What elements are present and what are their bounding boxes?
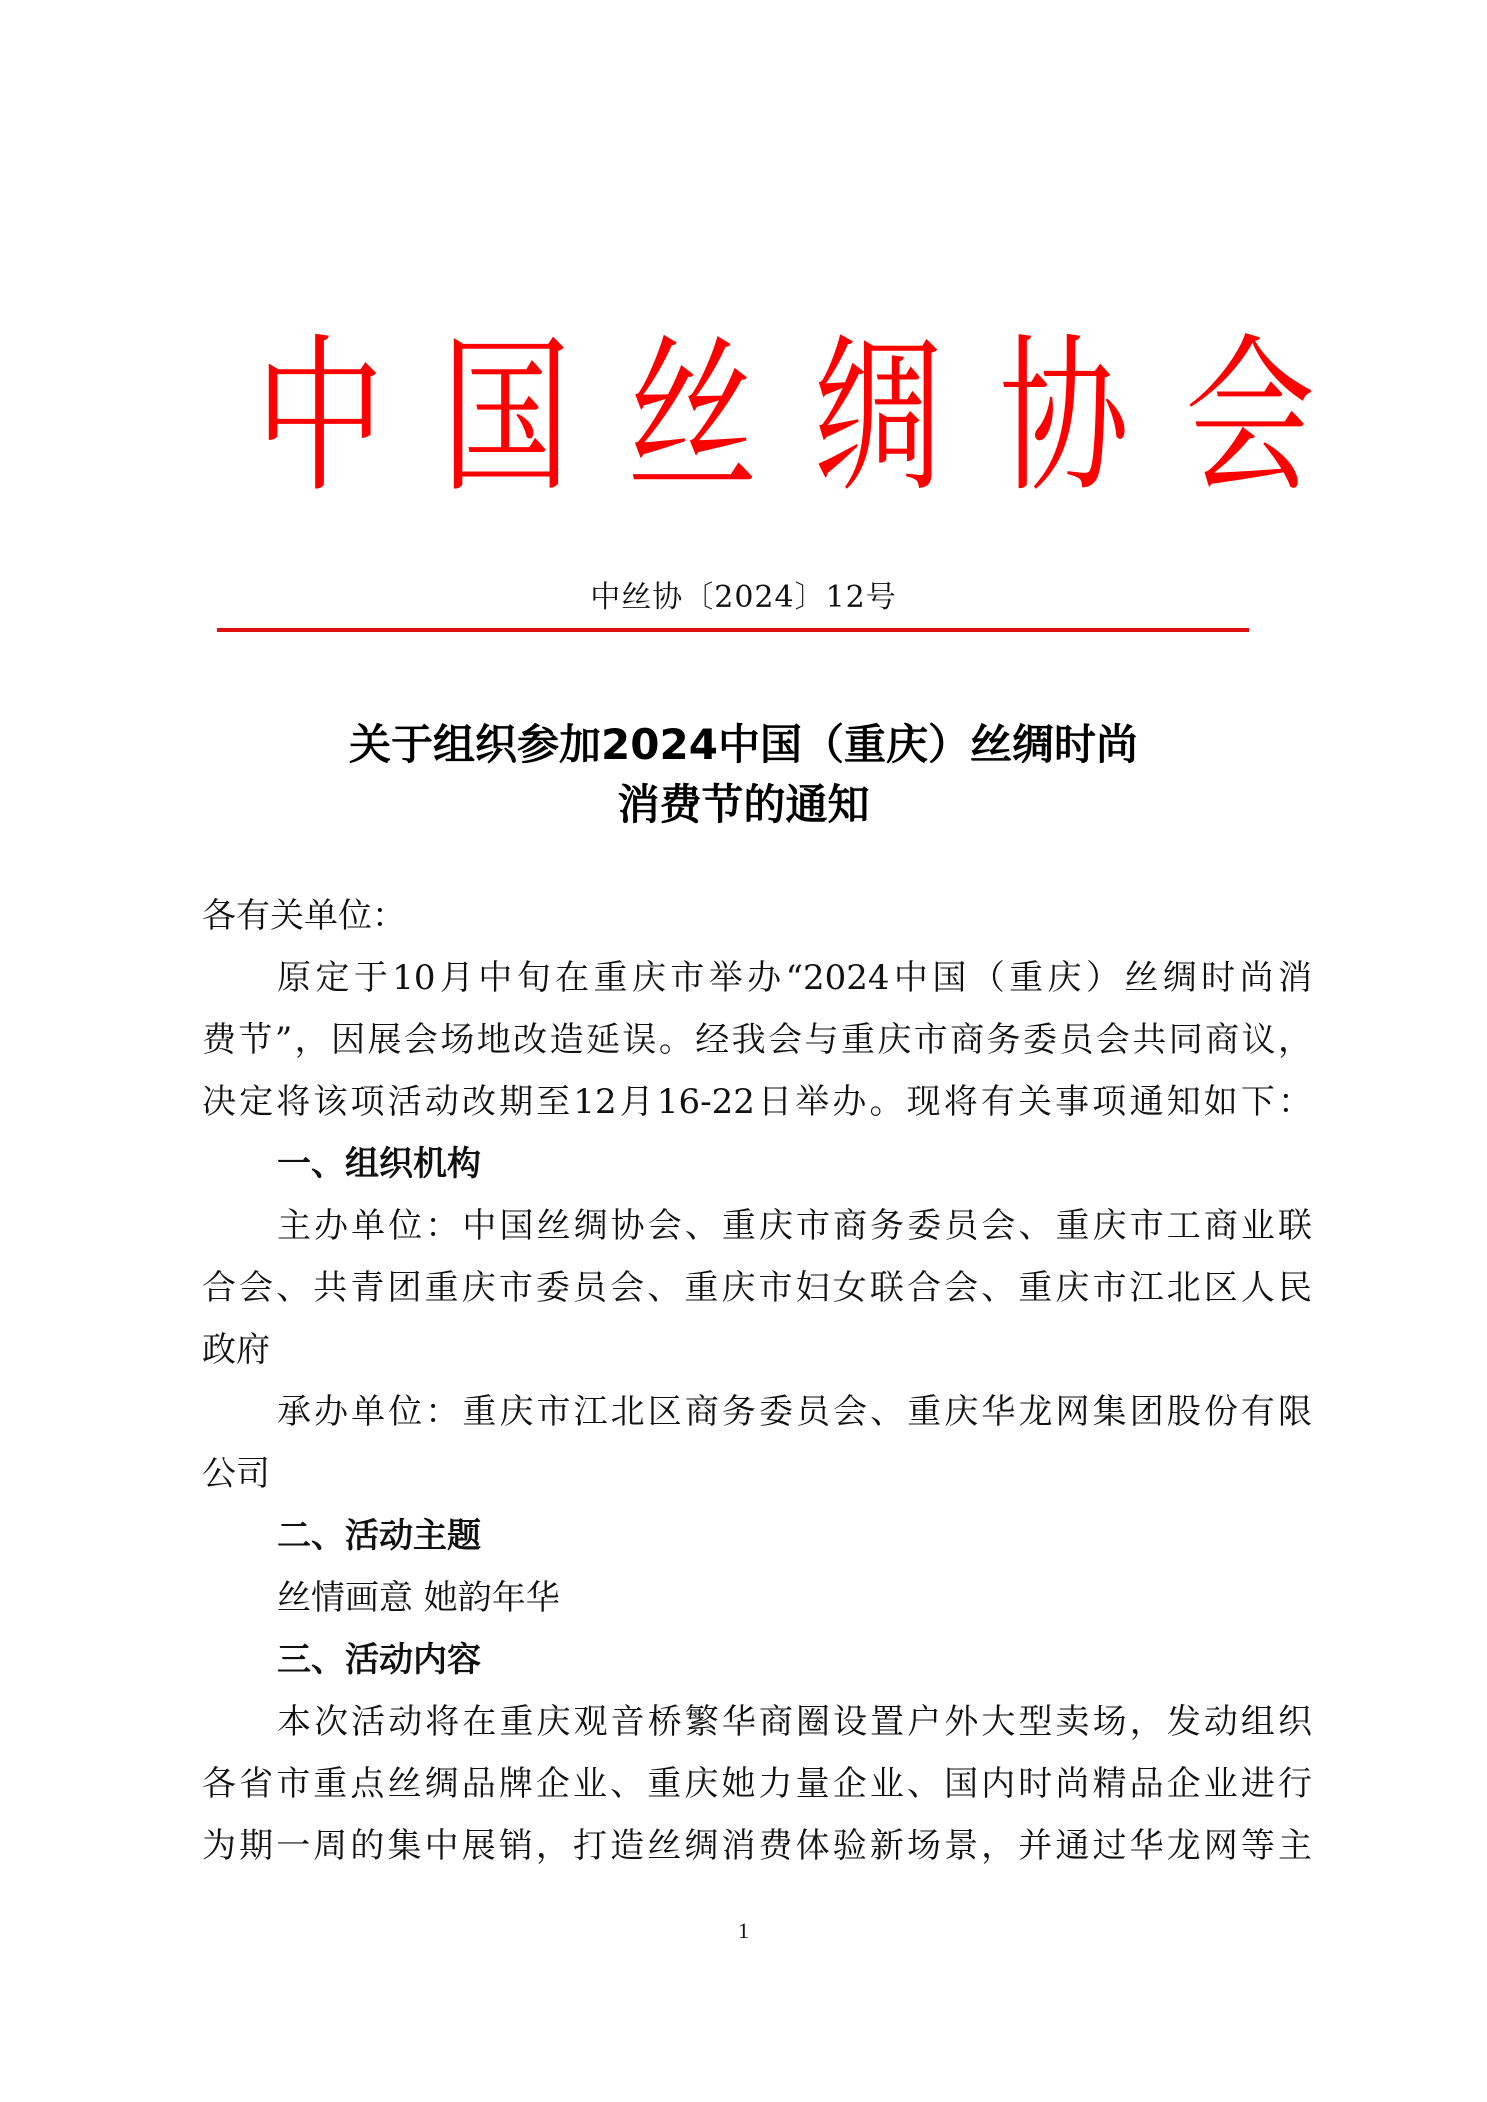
masthead-char: 绸 bbox=[813, 310, 933, 525]
document-title-line-2: 消费节的通知 bbox=[0, 772, 1487, 832]
body-line: 各省市重点丝绸品牌企业、重庆她力量企业、国内时尚精品企业进行 bbox=[202, 1764, 1312, 1804]
organization-masthead: 中 国 丝 绸 协 会 bbox=[255, 335, 1305, 500]
salutation: 各有关单位： bbox=[202, 896, 406, 936]
document-page: 中 国 丝 绸 协 会 中丝协〔2024〕12号 关于组织参加2024中国（重庆… bbox=[0, 0, 1487, 2102]
body-line: 主办单位：中国丝绸协会、重庆市商务委员会、重庆市工商业联 bbox=[277, 1206, 1312, 1246]
document-title-line-1: 关于组织参加2024中国（重庆）丝绸时尚 bbox=[0, 712, 1487, 772]
section-heading: 二、活动主题 bbox=[277, 1516, 481, 1556]
body-line: 政府 bbox=[202, 1330, 270, 1370]
body-line: 为期一周的集中展销，打造丝绸消费体验新场景，并通过华龙网等主 bbox=[202, 1826, 1312, 1866]
red-divider bbox=[217, 628, 1249, 632]
body-line: 承办单位：重庆市江北区商务委员会、重庆华龙网集团股份有限 bbox=[277, 1392, 1312, 1432]
masthead-char: 协 bbox=[999, 310, 1119, 525]
body-line: 丝情画意 她韵年华 bbox=[277, 1578, 560, 1618]
section-heading: 一、组织机构 bbox=[277, 1144, 481, 1184]
body-line: 决定将该项活动改期至12月16-22日举办。现将有关事项通知如下： bbox=[202, 1082, 1312, 1122]
masthead-char: 丝 bbox=[627, 310, 747, 525]
document-number: 中丝协〔2024〕12号 bbox=[0, 572, 1487, 616]
body-line: 公司 bbox=[202, 1454, 270, 1494]
page-number: 1 bbox=[0, 1918, 1487, 1944]
body-line: 原定于10月中旬在重庆市举办“2024中国（重庆）丝绸时尚消 bbox=[277, 958, 1312, 998]
masthead-char: 国 bbox=[441, 310, 561, 525]
masthead-char: 中 bbox=[255, 310, 375, 525]
masthead-char: 会 bbox=[1185, 310, 1305, 525]
body-line: 合会、共青团重庆市委员会、重庆市妇女联合会、重庆市江北区人民 bbox=[202, 1268, 1312, 1308]
body-line: 费节”，因展会场地改造延误。经我会与重庆市商务委员会共同商议， bbox=[202, 1020, 1312, 1060]
section-heading: 三、活动内容 bbox=[277, 1640, 481, 1680]
body-line: 本次活动将在重庆观音桥繁华商圈设置户外大型卖场，发动组织 bbox=[277, 1702, 1312, 1742]
